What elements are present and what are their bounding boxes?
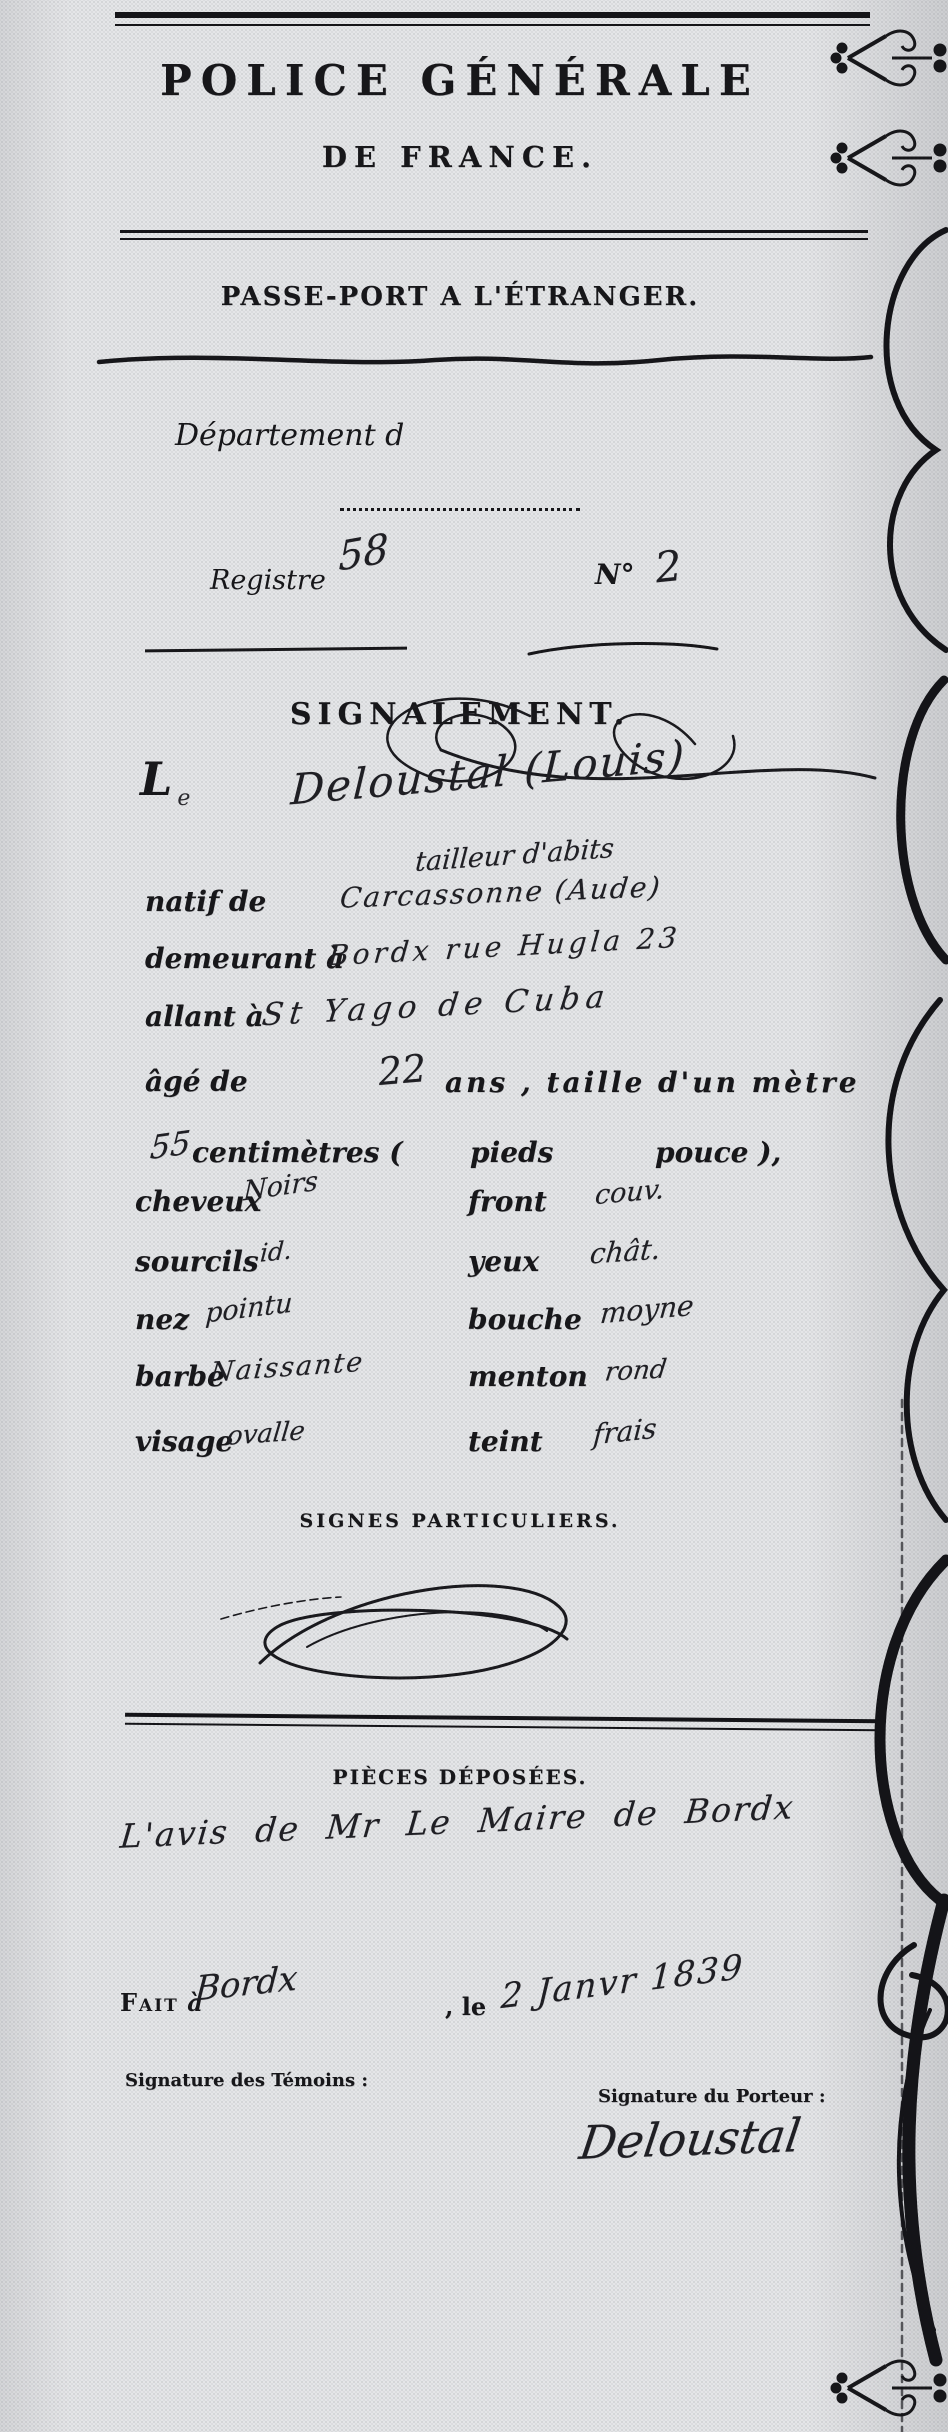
doc-type-heading: PASSE-PORT A L'ÉTRANGER. xyxy=(60,282,860,312)
attr-right-label: front xyxy=(468,1185,547,1218)
attr-right-value: moyne xyxy=(599,1289,695,1331)
height-cm-value: 55 xyxy=(149,1123,192,1167)
masthead-subtitle: DE FRANCE. xyxy=(60,140,860,174)
allant-value: St Yago de Cuba xyxy=(260,979,612,1034)
edge-ornament-icon xyxy=(831,2361,946,2415)
demeurant-value: Bordx rue Hugla 23 xyxy=(327,921,682,973)
attribute-row: nez pointu bouche moyne xyxy=(135,1303,875,1361)
edge-flourish-strokes xyxy=(880,230,948,2432)
temoins-signature-label: Signature des Témoins : xyxy=(125,2070,425,2091)
attr-right-value: frais xyxy=(592,1411,658,1451)
porteur-signature: Deloustal xyxy=(576,2108,804,2170)
article-le: Le xyxy=(140,752,185,806)
allant-label: allant à xyxy=(145,1000,264,1033)
article-initial: L xyxy=(140,752,172,806)
attribute-row: cheveux Noirs front couv. xyxy=(135,1185,875,1243)
pieces-double-rule xyxy=(125,1713,880,1732)
mid-double-rule xyxy=(120,230,868,240)
numero-underline-swash xyxy=(525,636,720,658)
signes-heading: SIGNES PARTICULIERS. xyxy=(60,1510,860,1532)
attr-left-value: id. xyxy=(259,1235,293,1268)
cm-label: centimètres ( xyxy=(192,1136,403,1169)
masthead-title: POLICE GÉNÉRALE xyxy=(60,56,860,105)
demeurant-label: demeurant à xyxy=(145,942,344,975)
date-le-label: , le xyxy=(445,1992,486,2021)
natif-label: natif de xyxy=(145,885,266,918)
paraph-flourish xyxy=(215,1545,585,1710)
cm-pouce-label: pouce ), xyxy=(655,1136,781,1169)
age-label: âgé de xyxy=(145,1065,248,1098)
attr-right-label: menton xyxy=(468,1360,588,1393)
age-value: 22 xyxy=(376,1046,428,1094)
fait-place-value: Bordx xyxy=(194,1958,299,2009)
attribute-row: visage ovalle teint frais xyxy=(135,1425,875,1483)
attr-left-value: ovalle xyxy=(226,1416,307,1452)
numero-label: N° xyxy=(595,558,635,591)
attr-right-label: bouche xyxy=(468,1303,582,1336)
registre-number: 58 xyxy=(338,525,388,581)
pieces-heading: PIÈCES DÉPOSÉES. xyxy=(60,1765,860,1789)
registre-label: Registre xyxy=(210,565,326,596)
top-double-rule xyxy=(115,12,870,26)
right-edge-calligraphy xyxy=(818,0,948,2432)
edge-ornament-icon xyxy=(831,31,946,85)
attr-right-label: yeux xyxy=(468,1245,539,1278)
fait-caps: Fait xyxy=(120,1988,179,2017)
attr-left-label: sourcils xyxy=(135,1245,259,1278)
article-rest: e xyxy=(177,786,190,811)
edge-ornament-icon xyxy=(831,131,946,185)
issue-date-value: 2 Janvr 1839 xyxy=(500,1947,745,2017)
attribute-row: barbe Naissante menton rond xyxy=(135,1360,875,1418)
pieces-deposited-line: L'avis de Mr Le Maire de Bordx xyxy=(118,1787,796,1856)
cm-pieds-label: pieds xyxy=(470,1136,553,1169)
passport-document: POLICE GÉNÉRALE DE FRANCE. PASSE-PORT A … xyxy=(0,0,948,2432)
attr-right-value: chât. xyxy=(588,1232,662,1270)
departement-dotted-line xyxy=(340,508,580,511)
wavy-divider xyxy=(95,346,875,374)
attr-right-label: teint xyxy=(468,1425,543,1458)
attr-left-value: Noirs xyxy=(243,1166,319,1208)
registre-underline xyxy=(145,647,407,653)
age-suffix: ans , taille d'un mètre xyxy=(445,1066,860,1099)
fait-label: Fait à xyxy=(120,1988,203,2017)
attr-right-value: couv. xyxy=(594,1174,666,1211)
attr-left-label: visage xyxy=(135,1425,233,1458)
numero-value: 2 xyxy=(653,541,685,593)
attr-right-value: rond xyxy=(603,1354,668,1387)
departement-label: Département d xyxy=(175,418,404,453)
attr-left-label: nez xyxy=(135,1303,189,1336)
